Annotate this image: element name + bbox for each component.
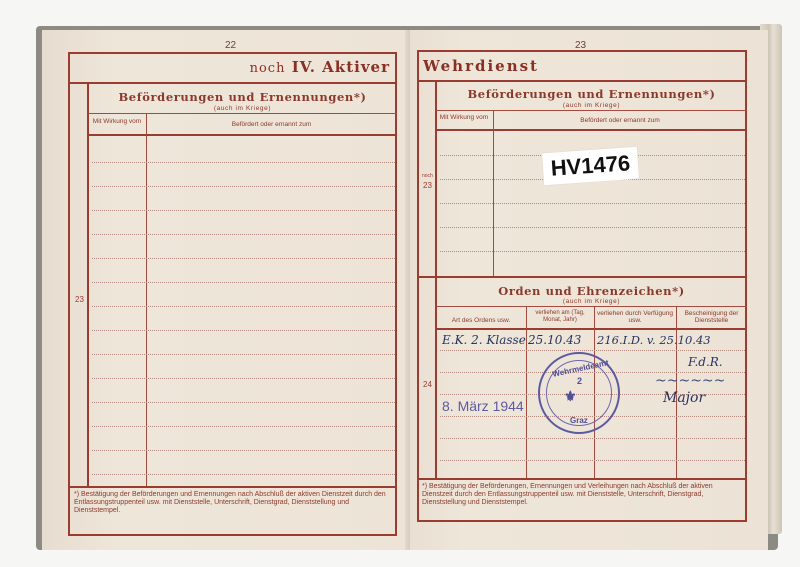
footnote: *) Bestätigung der Beförderungen und Ern… (74, 491, 392, 515)
row-line (92, 474, 395, 475)
row-line (92, 282, 395, 283)
footnote-divider (68, 486, 397, 488)
section-divider (417, 276, 747, 278)
row-line (440, 460, 745, 461)
row-ref-column-border (87, 82, 89, 486)
row-line (92, 234, 395, 235)
header-title: IV. Aktiver (292, 58, 390, 76)
row-line (92, 306, 395, 307)
row-line (440, 203, 745, 204)
row-reference-prefix: noch (422, 173, 433, 179)
seal-number: 2 (577, 376, 582, 386)
date-stamp: 8. März 1944 (442, 398, 524, 414)
row-reference: 23 (423, 181, 432, 190)
award-authority: 216.I.D. v. 25.10.43 (597, 333, 711, 347)
row-line (92, 378, 395, 379)
row-line (440, 438, 745, 439)
column-divider (493, 111, 494, 277)
row-line (92, 426, 395, 427)
eagle-emblem-icon: ⚜ (564, 388, 577, 405)
column-header-date: Mit Wirkung vom (436, 114, 492, 121)
column-header-certification: Bescheinigung der Dienststelle (676, 310, 747, 324)
row-line (92, 186, 395, 187)
right-page: 23 Wehrdienst Beförderungen und Ernennun… (410, 30, 768, 550)
page-number: 22 (225, 40, 236, 51)
signature: ~~~~~~ (655, 373, 725, 389)
page-header: noch IV. Aktiver (250, 58, 390, 76)
row-line (92, 258, 395, 259)
row-line (92, 210, 395, 211)
column-header-promotion: Befördert oder ernannt zum (146, 121, 397, 128)
row-reference: 24 (423, 380, 432, 389)
row-line (92, 162, 395, 163)
subtitle-divider (88, 113, 397, 114)
row-reference: 23 (75, 295, 84, 304)
seal-bottom-text: Graz (570, 416, 588, 425)
header-prefix: noch (250, 61, 286, 76)
page-header: Wehrdienst (423, 57, 539, 75)
column-divider (526, 307, 527, 478)
header-divider (417, 80, 747, 82)
header-divider (68, 82, 397, 84)
column-header-awarded-by: verliehen durch Verfügung usw. (594, 310, 676, 324)
row-line (92, 450, 395, 451)
subtitle-divider (436, 306, 747, 307)
column-header-awarded-on: verliehen am (Tag, Monat, Jahr) (526, 310, 594, 324)
column-header-award: Art des Ordens usw. (436, 317, 526, 324)
row-line (440, 251, 745, 252)
official-seal: Wehrmeldeamt 2 ⚜ Graz (538, 352, 620, 434)
award-name: E.K. 2. Klasse (442, 333, 526, 347)
column-header-divider (88, 134, 397, 136)
row-line (92, 354, 395, 355)
subtitle-divider (436, 110, 747, 111)
row-line (440, 227, 745, 228)
row-line (92, 402, 395, 403)
section-promotions-title: Beförderungen und Ernennungen*) (436, 87, 747, 101)
section-subtitle: (auch im Kriege) (88, 105, 397, 112)
row-ref-column-border (435, 80, 437, 478)
row-line (92, 330, 395, 331)
signature-rank: Major (663, 390, 705, 406)
footnote-divider (417, 478, 747, 480)
column-header-date: Mit Wirkung vom (88, 118, 146, 125)
left-page: 22 noch IV. Aktiver Beförderungen und Er… (42, 30, 412, 550)
section-awards-subtitle: (auch im Kriege) (436, 298, 747, 305)
section-promotions-subtitle: (auch im Kriege) (436, 102, 747, 109)
column-header-divider (436, 129, 747, 131)
column-header-divider (436, 328, 747, 330)
column-divider (146, 114, 147, 486)
section-awards-title: Orden und Ehrenzeichen*) (436, 284, 747, 298)
footnote: *) Bestätigung der Beförderungen, Ernenn… (422, 483, 742, 507)
certification-note: F.d.R. (688, 355, 723, 369)
section-title: Beförderungen und Ernennungen*) (88, 90, 397, 104)
inventory-label: HV1476 (542, 147, 639, 186)
row-line (440, 350, 745, 351)
column-header-promotion: Befördert oder ernannt zum (493, 117, 747, 124)
award-date: 25.10.43 (528, 333, 581, 347)
